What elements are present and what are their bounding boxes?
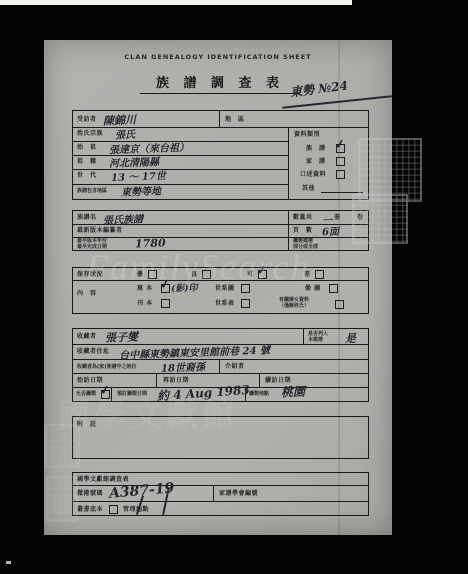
section-clan-info: 受訪者 陳錦川 地 區 姓氏宗族 張氏 始 祖 張達京（來台祖） 祖 籍 河北清… (72, 110, 369, 200)
divider (73, 280, 368, 281)
archive-seal-left (44, 424, 78, 520)
seal-square (358, 138, 422, 202)
pages-value: 6面 (322, 223, 339, 239)
divider (259, 373, 260, 387)
film-place-label: 攝製地點 (249, 391, 269, 397)
content-checkbox-women-data (335, 300, 344, 309)
content-item-label: 刊 本 (137, 300, 153, 308)
section-book-info: 族譜名 張氏族譜 數量共 一 冊 卷 最新版本編纂者 頁 數 6面 最早版本年份… (72, 210, 369, 251)
category-checkbox-oral (336, 170, 345, 179)
content-item-label: 有關婦女資料 （僅錄姓氏） (279, 297, 309, 310)
divider (73, 373, 368, 374)
condition-option-label: 可 (247, 271, 254, 279)
category-item-label: 家 譜 (306, 158, 326, 166)
introducer-label: 介紹者 (225, 363, 245, 371)
row-label: 族譜包含地區 (77, 188, 107, 194)
content-item-label: 世系表 (215, 300, 235, 308)
office-header: 國學文獻館調查表 (77, 476, 129, 484)
divider (111, 387, 112, 401)
region-label: 地 區 (225, 116, 245, 124)
divider (73, 359, 368, 360)
holder-value: 張子燮 (105, 328, 139, 345)
row-label: 始 祖 (77, 144, 97, 152)
content-checkbox-portraits (329, 284, 338, 293)
divider (73, 155, 288, 156)
series-label: 叢書底本 (77, 506, 103, 514)
category-other-label: 其他 (302, 185, 315, 193)
divider (219, 359, 220, 373)
content-note: (影)印 (171, 281, 198, 295)
divider (288, 211, 289, 250)
content-label: 內 容 (77, 290, 97, 298)
form-header-english: CLAN GENEALOGY IDENTIFICATION SHEET (44, 53, 392, 61)
content-checkbox-pedigree-chart (241, 284, 250, 293)
condition-option-label: 良 (191, 271, 198, 279)
condition-checkbox-excellent (148, 270, 157, 279)
content-item-label: 世系圖 (215, 285, 235, 293)
pages-label: 頁 數 (293, 227, 313, 235)
position-label: 收藏者為(家)族譜中之地位 (77, 364, 137, 370)
row-value: 東勢等地 (121, 182, 161, 198)
seal-square (46, 476, 78, 522)
year-label: 最早版本年份 最早完成日期 (77, 238, 107, 251)
quantity-label: 數量共 (293, 214, 313, 222)
book-name-label: 族譜名 (77, 214, 97, 222)
year-value: 1780 (135, 236, 166, 250)
content-item-label: 像 圖 (305, 285, 321, 293)
address-label: 收藏者住址 (77, 348, 110, 356)
reel-number-label: 微捲號碼 (77, 490, 103, 498)
scan-edge-strip (0, 0, 352, 5)
microfilm-label: 攝製微捲 部分或全部 (293, 238, 318, 251)
divider (303, 329, 304, 344)
category-item-label: 族 譜 (306, 145, 326, 153)
condition-checkbox-fair (258, 270, 267, 279)
divider (73, 184, 288, 185)
row-value: 張氏 (115, 126, 136, 142)
filming-permission-checkbox (101, 390, 110, 399)
divider (219, 111, 220, 127)
divider (213, 485, 214, 501)
condition-option-label: 差 (304, 271, 311, 279)
second-visit-label: 再訪日期 (163, 377, 189, 385)
genealogy-form-sheet: CLAN GENEALOGY IDENTIFICATION SHEET 族 譜 … (44, 40, 392, 535)
row-label: 祖 籍 (77, 158, 97, 166)
filming-permission-label: 允否攝製 (76, 391, 96, 397)
section-holder-info: 收藏者 張子燮 是否列入 本微捲 是 收藏者住址 台中縣東勢鎮東安里館前巷 24… (72, 328, 369, 402)
holder-label: 收藏者 (77, 333, 97, 341)
category-item-label: 口述資料 (300, 171, 326, 179)
series-checkbox (109, 505, 118, 514)
section-condition-content: 保存狀況 優 良 可 差 內 容 寫 本 (影)印 世系圖 像 圖 刊 本 世系… (72, 267, 369, 314)
row-label: 世 代 (77, 172, 97, 180)
content-item-label: 寫 本 (137, 285, 153, 293)
scan-speck (6, 561, 11, 564)
divider (73, 169, 288, 170)
included-value: 是 (345, 330, 357, 346)
scanned-document-page: CLAN GENEALOGY IDENTIFICATION SHEET 族 譜 … (0, 0, 468, 574)
compiler-label: 最新版本編纂者 (77, 227, 123, 235)
row-label: 姓氏宗族 (77, 130, 103, 138)
section-office-use: 國學文獻館調查表 微捲號碼 A387-19 家譜學會編號 叢書底本 管理地點 (72, 472, 369, 516)
content-checkbox-printed (161, 299, 170, 308)
seal-square (352, 194, 408, 244)
category-checkbox-jiapu (336, 157, 345, 166)
position-value: 18世裔孫 (161, 358, 205, 375)
condition-checkbox-good (202, 270, 211, 279)
unit-volume-label: 冊 (334, 214, 341, 222)
archive-seal-right (350, 138, 426, 244)
interviewee-label: 受訪者 (77, 116, 97, 124)
section-notes: 附 註 (72, 416, 369, 459)
content-checkbox-manuscript (161, 284, 170, 293)
film-date-label: 預訂攝製日期 (117, 391, 147, 397)
condition-checkbox-poor (315, 270, 324, 279)
form-title: 族 譜 調 查 表 (140, 72, 300, 94)
divider (156, 373, 157, 387)
category-header: 資料類別 (294, 131, 320, 139)
book-name-value: 張氏族譜 (103, 210, 143, 226)
divider (288, 127, 289, 199)
society-number-label: 家譜學會編號 (219, 490, 258, 498)
seal-square (44, 424, 80, 468)
included-label: 是否列入 本微捲 (308, 331, 328, 344)
condition-option-label: 優 (137, 271, 144, 279)
condition-label: 保存狀況 (77, 271, 103, 279)
category-checkbox-zupu (336, 144, 345, 153)
film-place-value: 桃園 (281, 383, 306, 401)
content-checkbox-pedigree-table (241, 299, 250, 308)
